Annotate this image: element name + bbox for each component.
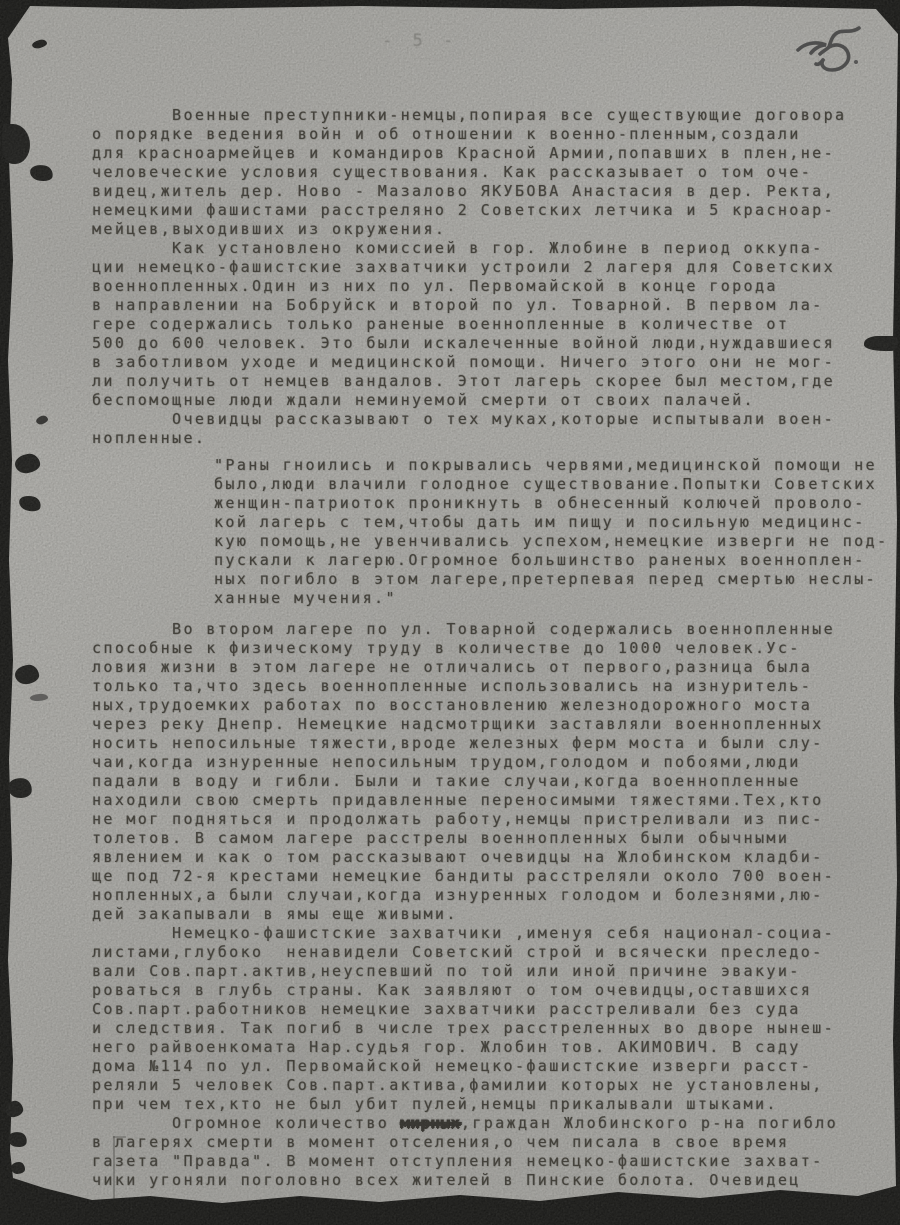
margin-pencil-mark: [113, 1136, 115, 1206]
document-paragraph: "Раны гноились и покрывались червями,мед…: [214, 456, 892, 608]
pen-five-flick: [816, 47, 829, 64]
document-paragraph: Во втором лагере по ул. Товарной содержа…: [92, 620, 892, 924]
document-paragraph: Очевидцы рассказывают о тех муках,которы…: [92, 410, 892, 448]
document-paragraph: Военные преступники-немцы,попирая все су…: [92, 106, 892, 239]
pen-comma-dot: [854, 60, 858, 64]
document-paragraph: Огромное количество мирных,граждан Жлоби…: [92, 1114, 892, 1190]
ink-smear: [864, 336, 898, 351]
paragraph-text: Огромное количество: [92, 1114, 401, 1132]
document-paragraph: Как установлено комиссией в гор. Жлобине…: [92, 239, 892, 410]
document-text: Военные преступники-немцы,попирая все су…: [92, 106, 892, 1190]
ink-blot: [11, 1162, 25, 1174]
handwritten-page-number-mark: [793, 20, 875, 76]
document-paragraph: Немецко-фашистские захватчики ,именуя се…: [92, 924, 892, 1114]
paper-sheet: - 5 - Военные преступники-немцы,попирая …: [0, 0, 900, 1225]
scan-background: { "page": { "colors": { "scan_bed": "#0c…: [0, 0, 900, 1225]
typed-page-number: - 5 -: [382, 31, 458, 51]
struck-word: мирных: [401, 1114, 461, 1132]
